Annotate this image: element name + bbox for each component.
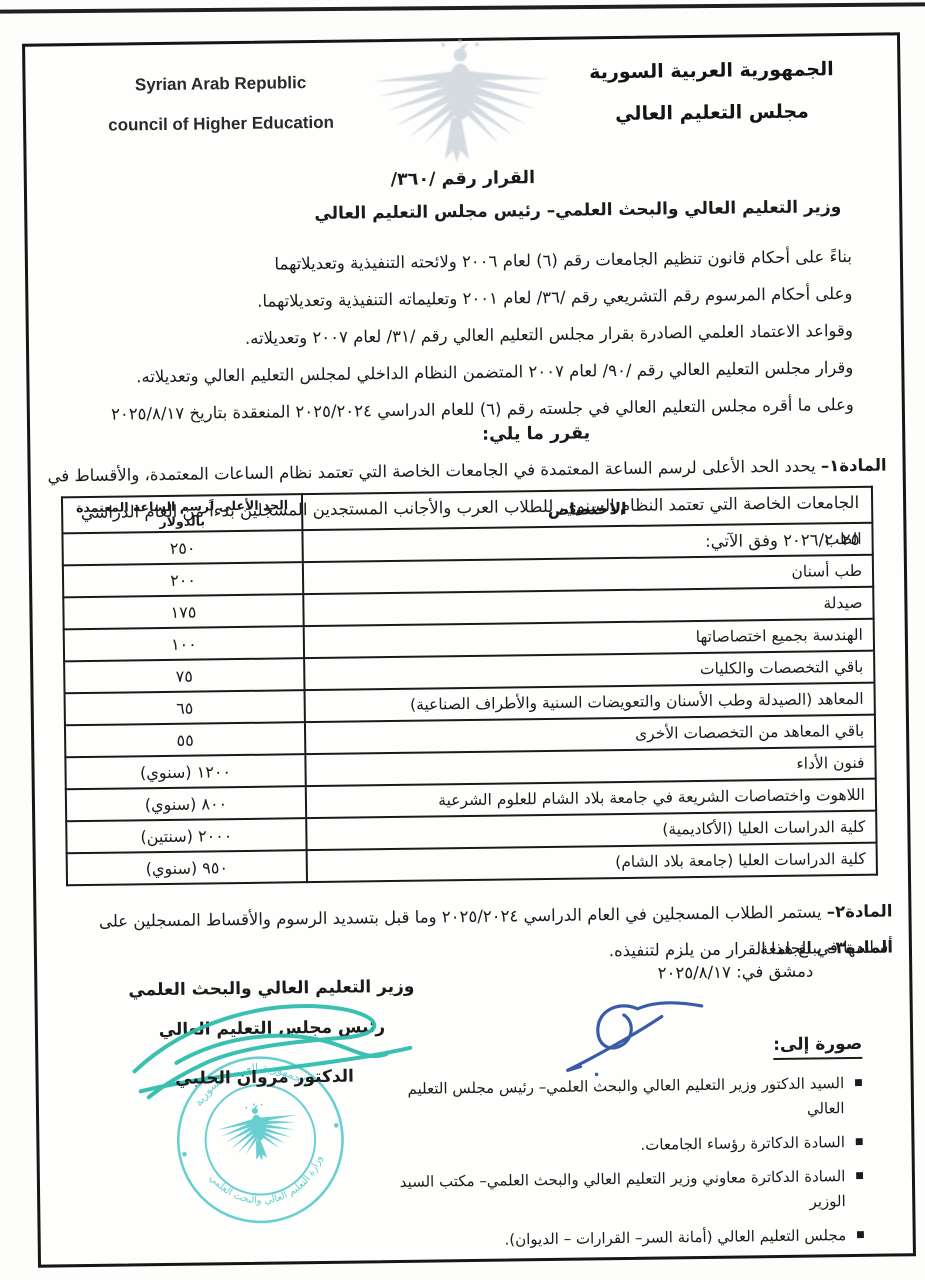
org-name-ar: الجمهورية العربية السورية مجلس التعليم ا… bbox=[571, 48, 852, 136]
org-name-en-line1: Syrian Arab Republic bbox=[65, 62, 375, 106]
fee-column-header: الحد الأعلى لرسم الساعة المعتمدة بالدولا… bbox=[62, 494, 302, 533]
article-3-text: يبلغ هذا القرار من يلزم لتنفيذه. bbox=[609, 938, 822, 960]
org-name-en-line2: council of Higher Education bbox=[66, 102, 376, 146]
president-signature bbox=[115, 990, 429, 1112]
copy-item-text: مجلس التعليم العالي (أمانة السر– القرارا… bbox=[504, 1223, 846, 1252]
copy-item-text: السيد الدكتور وزير التعليم العالي والبحث… bbox=[383, 1071, 845, 1127]
svg-text:وزارة التعليم العالي والبحث ال: وزارة التعليم العالي والبحث العلمي bbox=[206, 1152, 332, 1216]
copies-heading: صورة إلى: bbox=[773, 1034, 862, 1060]
article-1-label: المادة١– bbox=[821, 456, 887, 476]
decision-number: القرار رقم /٣٦٠/ bbox=[27, 163, 899, 194]
copy-item: ■ السادة الدكاترة معاوني وزير التعليم ال… bbox=[384, 1164, 865, 1220]
article-2-label: المادة٢– bbox=[827, 901, 893, 921]
decides-line: يقرر ما يلي: bbox=[482, 423, 590, 444]
square-bullet-icon: ■ bbox=[856, 1223, 865, 1248]
org-name-en: Syrian Arab Republic council of Higher E… bbox=[65, 62, 376, 146]
copy-item: ■ السادة الدكاترة رؤساء الجامعات. bbox=[383, 1130, 863, 1161]
copies-section: صورة إلى: ■ السيد الدكتور وزير التعليم ا… bbox=[382, 1034, 865, 1263]
copy-item: ■ السيد الدكتور وزير التعليم العالي والب… bbox=[383, 1071, 864, 1127]
stamp-ring-bottom-text: وزارة التعليم العالي والبحث العلمي bbox=[206, 1152, 332, 1216]
fees-table: الاختصاص الحد الأعلى لرسم الساعة المعتمد… bbox=[61, 486, 878, 887]
president-name: الدكتور مروان الحلبي bbox=[136, 1066, 392, 1089]
square-bullet-icon: ■ bbox=[855, 1130, 864, 1155]
document-frame: Syrian Arab Republic council of Higher E… bbox=[22, 32, 916, 1267]
copy-item-text: السادة الدكاترة معاوني وزير التعليم العا… bbox=[384, 1164, 846, 1220]
org-name-ar-line2: مجلس التعليم العالي bbox=[572, 90, 853, 136]
copy-item-text: السادة الدكاترة رؤساء الجامعات. bbox=[640, 1130, 845, 1158]
decision-preamble: بناءً على أحكام قانون تنظيم الجامعات رقم… bbox=[54, 238, 854, 433]
decision-issuer: وزير التعليم العالي والبحث العلمي– رئيس … bbox=[314, 197, 841, 224]
article-3-label: المادة٣– bbox=[827, 937, 893, 957]
square-bullet-icon: ■ bbox=[855, 1164, 864, 1189]
org-name-ar-line1: الجمهورية العربية السورية bbox=[571, 48, 852, 94]
square-bullet-icon: ■ bbox=[854, 1071, 863, 1096]
copy-item: ■ مجلس التعليم العالي (أمانة السر– القرا… bbox=[385, 1223, 865, 1254]
scan-edge-line bbox=[0, 2, 925, 13]
